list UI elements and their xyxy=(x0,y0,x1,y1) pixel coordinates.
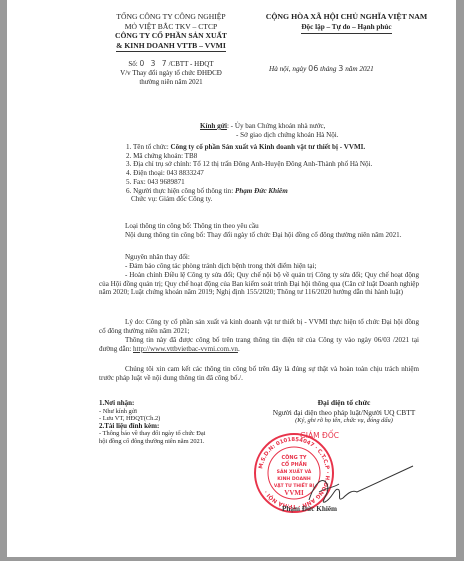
doc-number-handwritten: 0 3 7 xyxy=(140,59,169,68)
org-value: Công ty cổ phần Sản xuất và Kinh doanh v… xyxy=(171,143,366,151)
info-address: 3. Địa chỉ trụ sở chính: Tổ 12 thị trấn … xyxy=(126,160,372,169)
date-year: năm 2021 xyxy=(345,65,374,73)
doc-number-prefix: Số: xyxy=(128,60,137,68)
website-link[interactable]: http://www.vttbvietbac-vvmi.com.vn xyxy=(133,345,238,353)
doc-subject-line1: V/v Thay đổi ngày tổ chức ĐHĐCĐ xyxy=(102,69,240,78)
info-fax: 5. Fax: 043 9689871 xyxy=(126,178,372,187)
recipient-2: - Sở giao dịch chứng khoán Hà Nội. xyxy=(236,131,339,140)
commitment: Chúng tôi xin cam kết các thông tin công… xyxy=(99,365,419,382)
info-list: 1. Tên tổ chức: Công ty cổ phần Sản xuất… xyxy=(126,143,372,204)
info-position: Chức vụ: Giám đốc Công ty. xyxy=(126,195,372,204)
info-content: Nội dung thông tin công bố: Thay đổi ngà… xyxy=(99,231,419,240)
reason-2: - Hoàn chỉnh Điều lệ Công ty sửa đổi; Qu… xyxy=(99,271,419,297)
reason-1: - Đảm bảo công tác phòng tránh dịch bệnh… xyxy=(99,262,419,271)
national-title: CỘNG HÒA XÃ HỘI CHỦ NGHĨA VIỆT NAM xyxy=(239,12,454,22)
recipient-1: : - Ủy ban Chứng khoán nhà nước, xyxy=(227,122,326,130)
signature-title: Đại diện tổ chức xyxy=(239,398,449,408)
document-date: Hà nội, ngày 06 tháng 3 năm 2021 xyxy=(269,64,374,73)
info-type: Loại thông tin công bố: Thông tin theo y… xyxy=(99,222,419,231)
signature-block: Đại diện tổ chức Người đại diện theo phá… xyxy=(239,398,449,425)
ly-do: Lý do: Công ty cổ phần sản xuất và kinh … xyxy=(99,318,419,335)
national-header: CỘNG HÒA XÃ HỘI CHỦ NGHĨA VIỆT NAM Độc l… xyxy=(239,12,454,34)
attach-title: 2.Tài liệu đính kèm: xyxy=(99,423,209,431)
document-number-block: Số: 0 3 7/CBTT - HĐQT V/v Thay đổi ngày … xyxy=(102,60,240,86)
doc-number-suffix: /CBTT - HĐQT xyxy=(169,60,214,68)
person-label: 6. Người thực hiện công bố thông tin: xyxy=(126,187,235,195)
attach-1: - Thông báo về thay đổi ngày tổ chức Đại… xyxy=(99,430,209,445)
recipients-label: Kính gửi xyxy=(200,122,227,130)
parent-company-line2: MỎ VIỆT BẮC TKV – CTCP xyxy=(102,22,240,32)
date-place: Hà nội, ngày xyxy=(269,65,306,73)
person-value: Phạm Đức Khiêm xyxy=(235,187,288,195)
published-info: Thông tin này đã được công bố trên trang… xyxy=(99,336,419,353)
issuer-header: TỔNG CÔNG TY CÔNG NGHIỆP MỎ VIỆT BẮC TKV… xyxy=(102,12,240,52)
reason-title: Nguyên nhân thay đổi: xyxy=(99,253,419,262)
svg-text:CÔNG TY: CÔNG TY xyxy=(282,454,307,461)
info-stock-code: 2. Mã chứng khoán: TB8 xyxy=(126,152,372,161)
doc-subject-line2: thường niên năm 2021 xyxy=(102,78,240,87)
recipients-line1: Kính gửi: - Ủy ban Chứng khoán nhà nước, xyxy=(200,122,325,131)
date-month: 3 xyxy=(338,64,343,73)
signer-name: Phạm Đức Khiêm xyxy=(282,505,337,513)
footer-left: 1.Nơi nhận: - Như kính gửi - Lưu VT, HĐQ… xyxy=(99,400,209,446)
svg-text:VVMI: VVMI xyxy=(284,489,304,497)
org-label: 1. Tên tổ chức: xyxy=(126,143,171,151)
recv-1: - Như kính gửi xyxy=(99,408,209,416)
published-suffix: . xyxy=(238,345,240,353)
parent-company-line1: TỔNG CÔNG TY CÔNG NGHIỆP xyxy=(102,12,240,22)
company-name-line1: CÔNG TY CỔ PHẦN SẢN XUẤT xyxy=(102,31,240,41)
signature-note: (Ký, ghi rõ họ tên, chức vụ, đóng dấu) xyxy=(239,417,449,425)
recv-title: 1.Nơi nhận: xyxy=(99,400,209,408)
signature-subtitle: Người đại diện theo pháp luật/Người UQ C… xyxy=(239,408,449,417)
info-phone: 4. Điện thoại: 043 8833247 xyxy=(126,169,372,178)
date-month-label: tháng xyxy=(320,65,336,73)
info-org: 1. Tên tổ chức: Công ty cổ phần Sản xuất… xyxy=(126,143,372,152)
company-name-line2: & KINH DOANH VTTB – VVMI xyxy=(116,41,226,53)
national-motto: Độc lập – Tự do – Hạnh phúc xyxy=(301,23,391,35)
date-day: 06 xyxy=(308,64,318,73)
document-page: TỔNG CÔNG TY CÔNG NGHIỆP MỎ VIỆT BẮC TKV… xyxy=(7,0,456,557)
info-person: 6. Người thực hiện công bố thông tin: Ph… xyxy=(126,187,372,196)
